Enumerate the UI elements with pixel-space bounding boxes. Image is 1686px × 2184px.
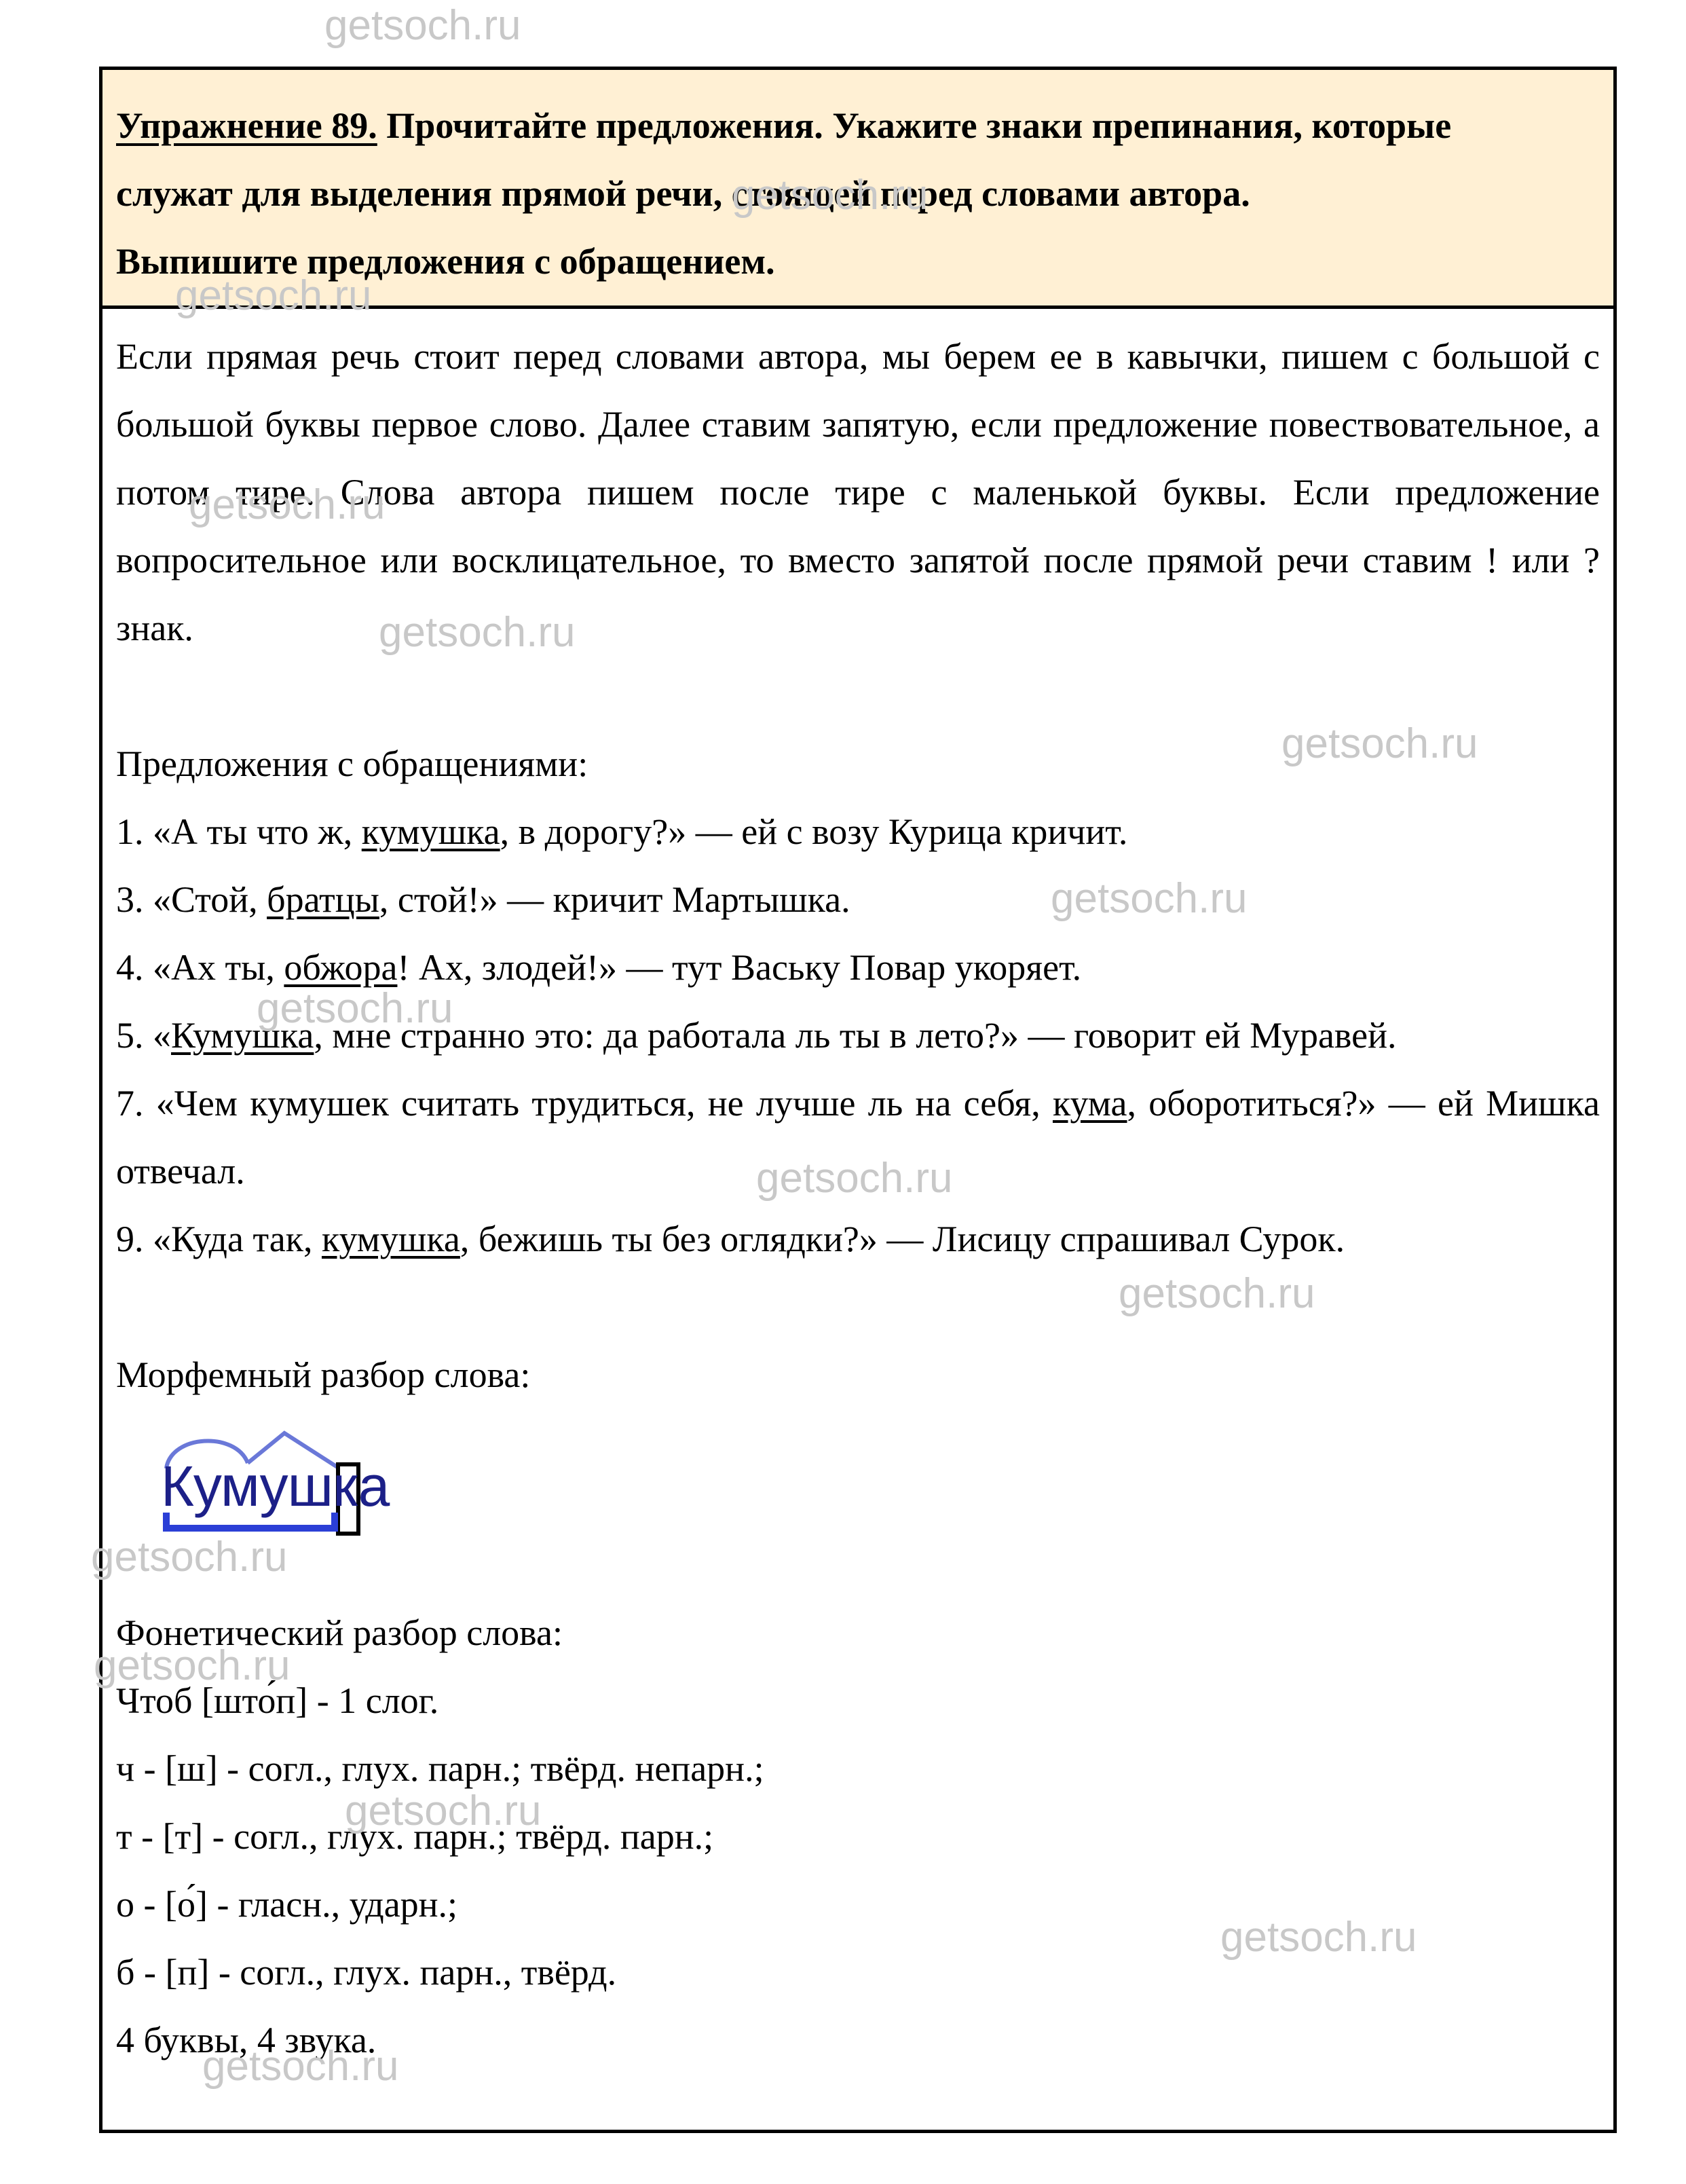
address-sentence-3: 3. «Стой, братцы, стой!» — кричит Мартыш…: [116, 866, 1600, 933]
sentence-text: 1. «А ты что ж,: [116, 811, 362, 852]
exercise-card: Упражнение 89. Прочитайте предложения. У…: [99, 67, 1617, 2133]
explanation-paragraph: Если прямая речь стоит перед словами авт…: [116, 322, 1600, 662]
task-line-3: Выпишите предложения с обращением.: [116, 227, 1600, 295]
phonetic-line: Чтоб [што́п] - 1 слог.: [116, 1667, 1600, 1735]
phonetic-line: т - [т] - согл., глух. парн.; твёрд. пар…: [116, 1802, 1600, 1870]
phonetic-title: Фонетический разбор слова:: [116, 1599, 1600, 1667]
sentence-text: 7. «Чем кумушек считать трудиться, не лу…: [116, 1083, 1053, 1124]
phonetic-summary: 4 буквы, 4 звука.: [116, 2006, 1600, 2074]
sentence-text: 5. «: [116, 1015, 171, 1056]
phonetic-line: б - [п] - согл., глух. парн., твёрд.: [116, 1938, 1600, 2006]
task-line-2: служат для выделения прямой речи, стояще…: [116, 160, 1600, 227]
watermark: getsoch.ru: [324, 1, 521, 50]
address-sentence-4: 4. «Ах ты, обжора! Ах, злодей!» — тут Ва…: [116, 933, 1600, 1001]
sentence-text: 9. «Куда так,: [116, 1219, 322, 1259]
task-text: Прочитайте предложения. Укажите знаки пр…: [377, 105, 1451, 146]
address-sentence-7: 7. «Чем кумушек считать трудиться, не лу…: [116, 1069, 1600, 1205]
address-word: обжора: [284, 947, 397, 988]
address-word: кумушка: [322, 1219, 460, 1259]
address-sentence-9: 9. «Куда так, кумушка, бежишь ты без огл…: [116, 1205, 1600, 1273]
spacer: [116, 1536, 1600, 1599]
morpheme-word: Кумушка: [161, 1454, 389, 1519]
address-sentence-1: 1. «А ты что ж, кумушка, в дорогу?» — ей…: [116, 798, 1600, 866]
address-word: кума: [1053, 1083, 1127, 1124]
sentence-text: ! Ах, злодей!» — тут Ваську Повар укоряе…: [397, 947, 1081, 988]
sentence-text: , бежишь ты без оглядки?» — Лисицу спраш…: [460, 1219, 1345, 1259]
sentence-text: , в дорогу?» — ей с возу Курица кричит.: [500, 811, 1128, 852]
address-word: братцы: [267, 879, 379, 920]
spacer: [116, 1273, 1600, 1341]
sentence-text: 4. «Ах ты,: [116, 947, 284, 988]
morphemic-title: Морфемный разбор слова:: [116, 1341, 1600, 1409]
address-word: кумушка: [362, 811, 500, 852]
task-line-1: Упражнение 89. Прочитайте предложения. У…: [116, 92, 1600, 160]
address-sentence-5: 5. «Кумушка, мне странно это: да работал…: [116, 1001, 1600, 1069]
sentence-text: , мне странно это: да работала ль ты в л…: [314, 1015, 1396, 1056]
phonetic-line: ч - [ш] - согл., глух. парн.; твёрд. неп…: [116, 1735, 1600, 1802]
sentence-text: , стой!» — кричит Мартышка.: [379, 879, 850, 920]
spacer: [116, 662, 1600, 730]
address-section-title: Предложения с обращениями:: [116, 730, 1600, 798]
phonetic-line: о - [о́] - гласн., ударн.;: [116, 1870, 1600, 1938]
answer-content: Если прямая речь стоит перед словами авт…: [102, 309, 1613, 2074]
sentence-text: 3. «Стой,: [116, 879, 267, 920]
address-word: Кумушка: [171, 1015, 314, 1056]
exercise-header: Упражнение 89. Прочитайте предложения. У…: [102, 70, 1613, 309]
exercise-number: Упражнение 89.: [116, 105, 377, 146]
morpheme-diagram: Кумушка: [134, 1414, 378, 1536]
